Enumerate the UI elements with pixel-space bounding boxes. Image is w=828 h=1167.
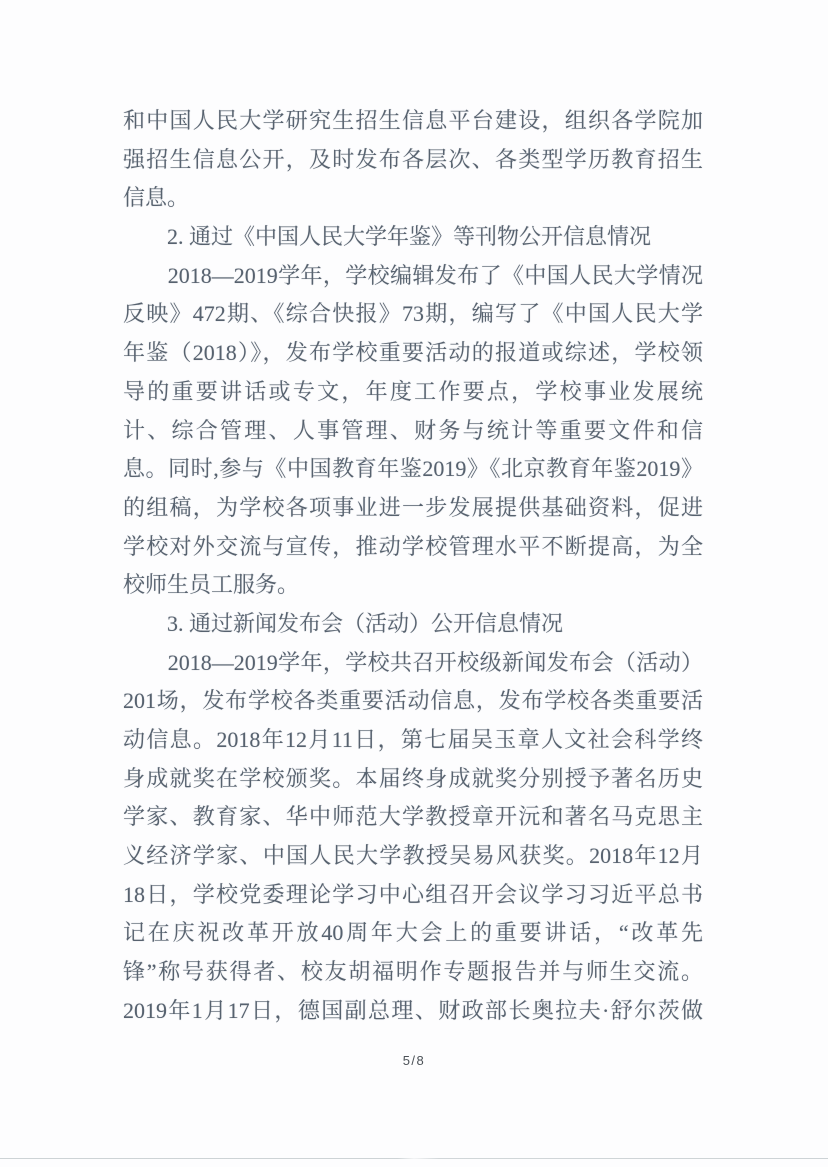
text-line: 学家、教育家、华中师范大学教授章开沅和著名马克思主 — [123, 798, 703, 837]
text-line: 记在庆祝改革开放40周年大会上的重要讲话，“改革先 — [123, 914, 703, 953]
text-line: 义经济学家、中国人民大学教授吴易风获奖。2018年12月 — [123, 837, 703, 876]
text-line: 年鉴（2018）》，发布学校重要活动的报道或综述，学校领 — [123, 334, 703, 373]
text-line: 信息。 — [123, 179, 703, 218]
document-body: 和中国人民大学研究生招生信息平台建设，组织各学院加 强招生信息公开，及时发布各层… — [123, 102, 703, 1031]
text-line: 计、综合管理、人事管理、财务与统计等重要文件和信 — [123, 412, 703, 451]
text-line: 和中国人民大学研究生招生信息平台建设，组织各学院加 — [123, 102, 703, 141]
text-line: 反映》472期、《综合快报》73期，编写了《中国人民大学 — [123, 295, 703, 334]
section-heading: 3. 通过新闻发布会（活动）公开信息情况 — [123, 605, 703, 644]
text-line: 的组稿，为学校各项事业进一步发展提供基础资料，促进 — [123, 489, 703, 528]
text-line: 动信息。2018年12月11日，第七届吴玉章人文社会科学终 — [123, 721, 703, 760]
page-number: 5/8 — [0, 1051, 828, 1071]
text-line: 校师生员工服务。 — [123, 566, 703, 605]
section-heading: 2. 通过《中国人民大学年鉴》等刊物公开信息情况 — [123, 218, 703, 257]
text-line: 强招生信息公开，及时发布各层次、各类型学历教育招生 — [123, 141, 703, 180]
text-line: 锋”称号获得者、校友胡福明作专题报告并与师生交流。 — [123, 953, 703, 992]
text-line: 2018—2019学年，学校编辑发布了《中国人民大学情况 — [123, 257, 703, 296]
text-line: 2019年1月17日，德国副总理、财政部长奥拉夫·舒尔茨做 — [123, 992, 703, 1031]
text-line: 导的重要讲话或专文，年度工作要点，学校事业发展统 — [123, 373, 703, 412]
text-line: 18日，学校党委理论学习中心组召开会议学习习近平总书 — [123, 876, 703, 915]
text-line: 身成就奖在学校颁奖。本届终身成就奖分别授予著名历史 — [123, 760, 703, 799]
text-line: 2018—2019学年，学校共召开校级新闻发布会（活动） — [123, 644, 703, 683]
text-line: 息。同时,参与《中国教育年鉴2019》《北京教育年鉴2019》 — [123, 450, 703, 489]
text-line: 学校对外交流与宣传，推动学校管理水平不断提高，为全 — [123, 528, 703, 567]
scan-edge-line — [0, 1158, 828, 1159]
scanned-document-page: 和中国人民大学研究生招生信息平台建设，组织各学院加 强招生信息公开，及时发布各层… — [0, 0, 828, 1167]
text-line: 201场，发布学校各类重要活动信息，发布学校各类重要活 — [123, 682, 703, 721]
